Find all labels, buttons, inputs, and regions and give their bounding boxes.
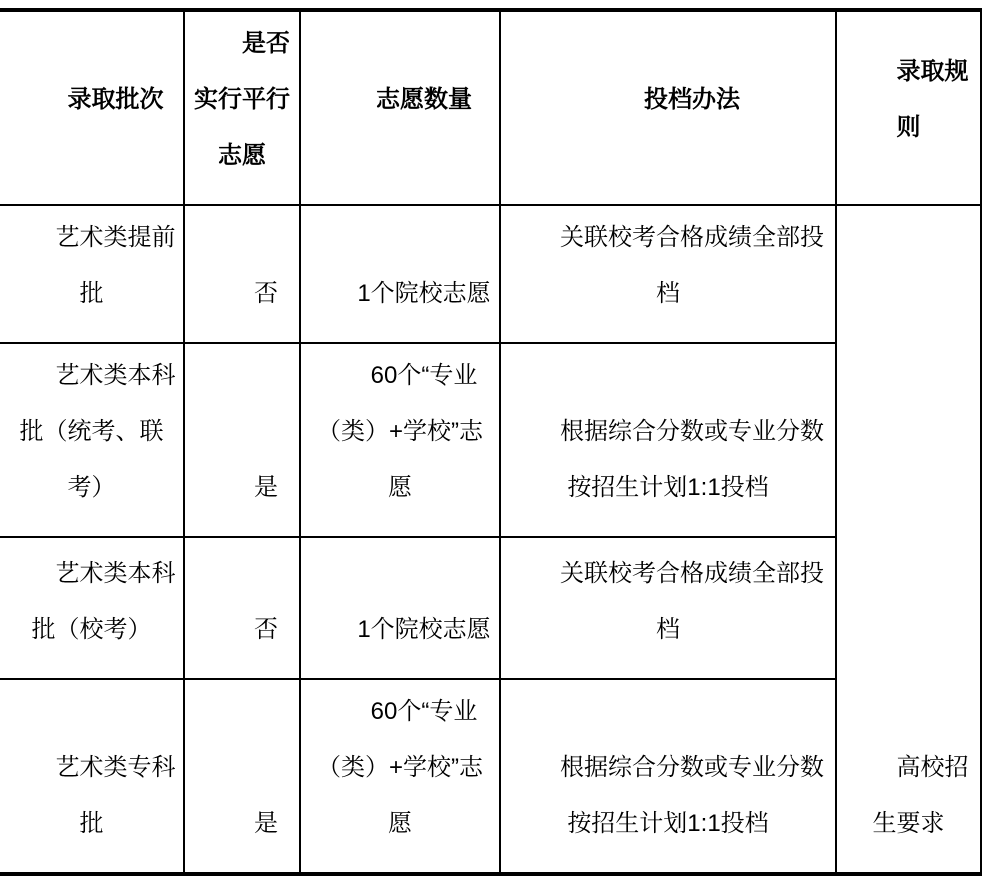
cell-batch: 艺术类专科 批: [0, 679, 184, 874]
cell-parallel: 否: [184, 205, 300, 343]
cell-method: 关联校考合格成绩全部投 档: [500, 205, 836, 343]
cell-batch: 艺术类本科 批（校考）: [0, 537, 184, 679]
cell-batch: 艺术类本科 批（统考、联 考）: [0, 343, 184, 537]
cell-parallel: 是: [184, 679, 300, 874]
cell-parallel: 是: [184, 343, 300, 537]
cell-method: 根据综合分数或专业分数 按招生计划1:1投档: [500, 343, 836, 537]
table-row-art-early-batch: 艺术类提前 批 否 1个院校志愿 关联校考合格成绩全部投 档 高校招 生要求: [0, 205, 981, 343]
cell-quota: 1个院校志愿: [300, 537, 500, 679]
cell-rule-merged: 高校招 生要求: [836, 205, 981, 874]
table-row-art-undergrad-school-exam: 艺术类本科 批（校考） 否 1个院校志愿 关联校考合格成绩全部投 档: [0, 537, 981, 679]
header-cell-parallel: 是否 实行平行 志愿: [184, 10, 300, 205]
cell-quota: 60个“专业 （类）+学校”志 愿: [300, 679, 500, 874]
cell-batch: 艺术类提前 批: [0, 205, 184, 343]
cell-parallel: 否: [184, 537, 300, 679]
header-cell-method: 投档办法: [500, 10, 836, 205]
header-cell-quota: 志愿数量: [300, 10, 500, 205]
header-row: 录取批次 是否 实行平行 志愿 志愿数量 投档办法 录取规 则: [0, 10, 981, 205]
header-cell-batch: 录取批次: [0, 10, 184, 205]
admission-table: 录取批次 是否 实行平行 志愿 志愿数量 投档办法 录取规 则 艺术类提前 批 …: [0, 8, 982, 876]
cell-method: 根据综合分数或专业分数 按招生计划1:1投档: [500, 679, 836, 874]
cell-quota: 60个“专业 （类）+学校”志 愿: [300, 343, 500, 537]
table-row-art-vocational-batch: 艺术类专科 批 是 60个“专业 （类）+学校”志 愿 根据综合分数或专业分数 …: [0, 679, 981, 874]
table-row-art-undergrad-unified: 艺术类本科 批（统考、联 考） 是 60个“专业 （类）+学校”志 愿 根据综合…: [0, 343, 981, 537]
cell-method: 关联校考合格成绩全部投 档: [500, 537, 836, 679]
header-cell-rule: 录取规 则: [836, 10, 981, 205]
cell-quota: 1个院校志愿: [300, 205, 500, 343]
